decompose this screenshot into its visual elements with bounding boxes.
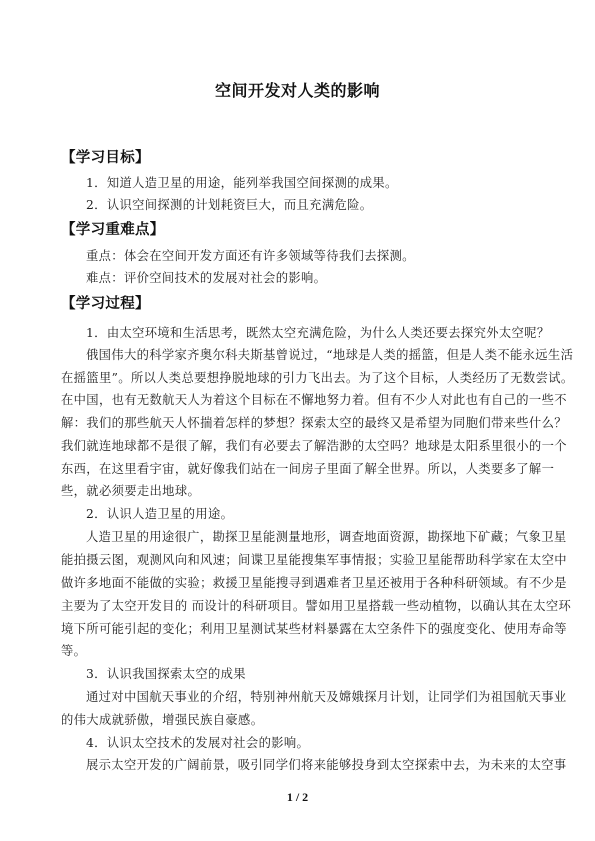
process-line: 通过对中国航天事业的介绍，特别神州航天及嫦娥探月计划，让同学们为祖国航天事业 <box>86 689 535 705</box>
key-point-item: 重点：体会在空间开发方面还有许多领域等待我们去探测。 <box>86 248 535 264</box>
process-subheading: 2．认识人造卫星的用途。 <box>86 506 535 522</box>
objective-item: 1．知道人造卫星的用途，能列举我国空间探测的成果。 <box>86 175 535 191</box>
objective-item: 2．认识空间探测的计划耗资巨大，而且充满危险。 <box>86 197 535 213</box>
process-line: 做许多地面不能做的实验；救援卫星能搜寻到遇难者卫星还被用于各种科研领域。有不少是 <box>61 575 535 591</box>
document-page: 空间开发对人类的影响 【学习目标】 1．知道人造卫星的用途，能列举我国空间探测的… <box>0 0 595 841</box>
process-line: 1．由太空环境和生活思考，既然太空充满危险，为什么人类还要去探究外太空呢？ <box>86 325 535 341</box>
difficulty-item: 难点：评价空间技术的发展对社会的影响。 <box>86 270 535 286</box>
process-line: 能拍摄云图，观测风向和风速；间谍卫星能搜集军事情报；实验卫星能帮助科学家在太空中 <box>61 552 535 568</box>
process-subheading: 3．认识我国探索太空的成果 <box>86 666 535 682</box>
process-line: 俄国伟大的科学家齐奥尔科夫斯基曾说过，“地球是人类的摇篮，但是人类不能永远生活 <box>86 347 535 363</box>
process-line: 等。 <box>61 643 535 659</box>
process-line: 解：我们的那些航天人怀揣着怎样的梦想？探索太空的最终又是希望为同胞们带来些什么？ <box>61 415 535 431</box>
page-number: 1 / 2 <box>0 790 595 805</box>
process-line: 我们就连地球都不是很了解，我们有必要去了解浩渺的太空吗？地球是太阳系里很小的一个 <box>61 438 535 454</box>
page-title: 空间开发对人类的影响 <box>0 78 595 101</box>
process-line: 东西，在这里看宇宙，就好像我们站在一间房子里面了解全世界。所以，人类要多了解一 <box>61 461 535 477</box>
process-line: 主要为了太空开发目的 而设计的科研项目。譬如用卫星搭载一些动植物，以确认其在太空… <box>61 598 535 614</box>
process-line: 展示太空开发的广阔前景，吸引同学们将来能够投身到太空探索中去，为未来的太空事 <box>86 757 535 773</box>
process-line: 境下所可能引起的变化；利用卫星测试某些材料暴露在太空条件下的强度变化、使用寿命等 <box>61 621 535 637</box>
process-line: 些，就必须要走出地球。 <box>61 483 535 499</box>
section-heading-process: 【学习过程】 <box>61 292 150 313</box>
section-heading-objectives: 【学习目标】 <box>61 146 150 167</box>
process-line: 在中国，也有无数航天人为着这个目标在不懈地努力着。但有不少人对此也有自己的一些不 <box>61 392 535 408</box>
process-line: 在摇篮里”。所以人类总要想挣脱地球的引力飞出去。为了这个目标，人类经历了无数尝试… <box>61 370 535 386</box>
section-heading-key-points: 【学习重难点】 <box>61 218 165 239</box>
process-subheading: 4．认识太空技术的发展对社会的影响。 <box>86 735 535 751</box>
process-line: 的伟大成就骄傲，增强民族自豪感。 <box>61 712 535 728</box>
process-line: 人造卫星的用途很广，勘探卫星能测量地形，调查地面资源，勘探地下矿藏；气象卫星 <box>86 529 535 545</box>
